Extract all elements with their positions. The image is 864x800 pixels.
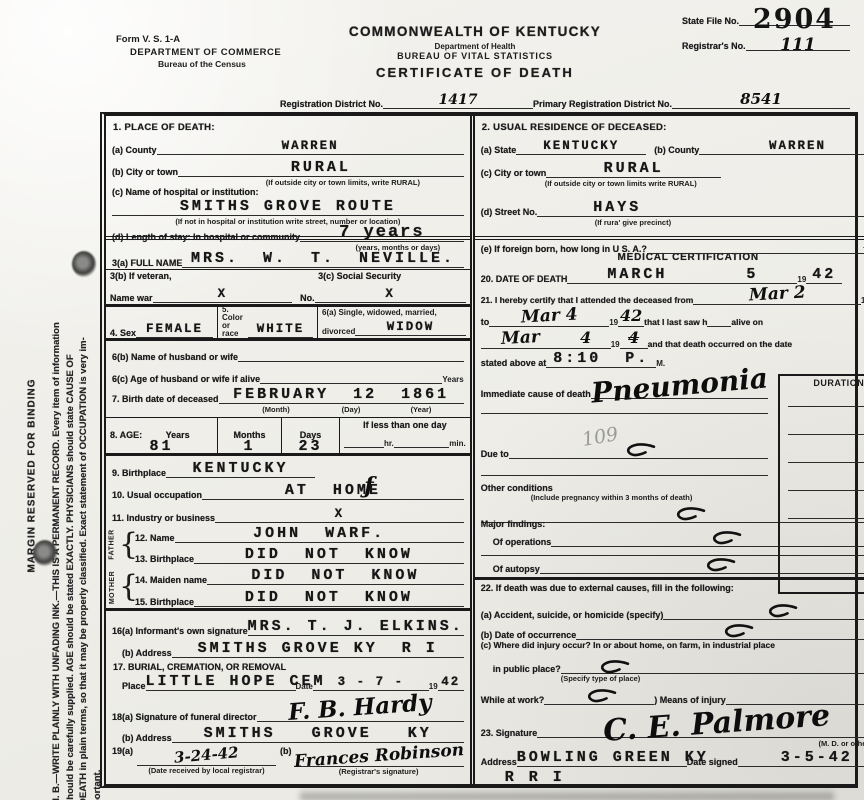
- occupation-row: 10. Usual occupation AT HOMEƒ: [106, 479, 470, 501]
- burial-year-value: 42: [441, 675, 460, 689]
- margin-note-line: should be carefully supplied. AGE should…: [64, 35, 78, 800]
- birth-date-value: FEBRUARY 12 1861: [233, 386, 449, 403]
- age-row: 8. AGE: Years 81 Months 1 Days 23 If les…: [106, 417, 470, 456]
- veteran-value: X: [218, 287, 228, 301]
- margin-note-line: N. B.—WRITE PLAINLY WITH UNFADING INK.—T…: [50, 35, 64, 800]
- right-column: 2. USUAL RESIDENCE OF DECEASED: (a) Stat…: [475, 116, 864, 784]
- left-column: 1. PLACE OF DEATH: (a) County WARREN (b)…: [106, 116, 475, 784]
- color-label: 5. Color or race: [222, 306, 248, 338]
- funeral-address-row: (b) Address SMITHS GROVE KY: [106, 723, 470, 744]
- registrar-row-label-b: (b): [280, 746, 292, 756]
- hospital-value: SMITHS GROVE ROUTE: [180, 198, 396, 215]
- residence-city-value: RURAL: [604, 160, 664, 177]
- industry-value: X: [335, 507, 345, 521]
- reg-district-label: Registration District No.: [280, 99, 383, 109]
- industry-label: 11. Industry or business: [112, 513, 215, 523]
- father-name-row: 12. Name JOHN WARF.: [129, 524, 470, 544]
- father-birthplace-value: DID NOT KNOW: [245, 546, 413, 563]
- informant-value: MRS. T. J. ELKINS.: [248, 618, 464, 635]
- margin-note-line: DEATH in plain terms, so that it may be …: [77, 35, 91, 800]
- certificate-body: 1. PLACE OF DEATH: (a) County WARREN (b)…: [100, 112, 858, 788]
- father-brace: {: [119, 524, 129, 566]
- veteran-ssn-row: 3(b) If veteran, Name war X 3(c) Social …: [106, 269, 470, 308]
- immediate-cause-label: Immediate cause of death: [481, 389, 591, 399]
- mother-birthplace-row: 15. Birthplace DID NOT KNOW: [129, 588, 470, 608]
- duration-label: DURATION: [788, 378, 864, 388]
- certificate-header: Form V. S. 1-A DEPARTMENT OF COMMERCE Bu…: [100, 0, 860, 112]
- duration-box: DURATION: [778, 374, 864, 594]
- certificate-title: CERTIFICATE OF DEATH: [330, 65, 620, 80]
- margin-binding-text: MARGIN RESERVED FOR BINDING: [27, 326, 38, 626]
- certify-lastsaw-label: that I last saw h: [644, 317, 707, 327]
- marital-label2: divorced: [322, 327, 355, 336]
- funeral-director-label: 18(a) Signature of funeral director: [112, 712, 257, 722]
- certify-line3: Mar 4 19 4 and that death occurred on th…: [475, 328, 864, 350]
- father-name-value: JOHN WARF.: [253, 525, 385, 542]
- marital-label: 6(a) Single, widowed, married,: [322, 308, 466, 317]
- certify-aliveon-label: alive on: [731, 317, 763, 327]
- birthplace-value: KENTUCKY: [192, 460, 288, 477]
- city-hint: (If outside city or town limits, write R…: [106, 178, 470, 187]
- form-number: Form V. S. 1-A: [116, 34, 180, 45]
- certify-line1: 21. I hereby certify that I attended the…: [475, 285, 864, 306]
- date-of-death-month: MARCH: [607, 266, 667, 283]
- state-file-value: 2904: [753, 4, 836, 35]
- physician-address-label: Address: [481, 757, 517, 767]
- veteran-namewar-label: Name war: [110, 293, 153, 303]
- mother-section: MOTHER { 14. Maiden name DID NOT KNOW 15…: [106, 566, 470, 611]
- mother-birthplace-label: 15. Birthplace: [135, 597, 194, 607]
- funeral-address-label: (b) Address: [122, 733, 172, 743]
- physician-rr-row: R R I: [475, 768, 864, 784]
- physician-signature-label: 23. Signature: [481, 728, 538, 738]
- residence-county-label: (b) County: [654, 145, 699, 155]
- place-of-death-section: 1. PLACE OF DEATH: (a) County WARREN (b)…: [106, 116, 470, 240]
- residence-county-value: WARREN: [769, 139, 826, 153]
- operations-label: Of operations: [481, 537, 552, 547]
- father-section: FATHER { 12. Name JOHN WARF. 13. Birthpl…: [106, 524, 470, 566]
- residence-title: 2. USUAL RESIDENCE OF DECEASED:: [475, 120, 864, 136]
- last-year-prefix: 19: [611, 340, 620, 349]
- scan-smudge: [300, 788, 834, 800]
- last-seen-day: 4: [580, 328, 591, 347]
- handwritten-check-mark: [715, 624, 757, 639]
- residence-street-hint: (If rura' give precinct): [475, 218, 864, 227]
- informant-address-label: (b) Address: [122, 648, 172, 658]
- handwritten-check-mark: [759, 604, 801, 619]
- spouse-age-label: 6(c) Age of husband or wife if alive: [112, 374, 260, 384]
- residence-city-label: (c) City or town: [481, 168, 547, 178]
- ssn-label: 3(c) Social Security: [300, 271, 466, 281]
- residence-street-label: (d) Street No.: [481, 207, 538, 217]
- attended-from-date: Mar 2: [748, 283, 806, 306]
- other-conditions-label: Other conditions: [481, 483, 553, 493]
- date-of-death-label: 20. DATE OF DEATH: [481, 274, 568, 284]
- county-value: WARREN: [282, 139, 339, 153]
- department-of-commerce: DEPARTMENT OF COMMERCE: [130, 47, 281, 58]
- date-received-value: 3-24-42: [174, 743, 240, 767]
- hospital-label: (c) Name of hospital or institution:: [112, 187, 259, 197]
- state-file-label: State File No.: [682, 16, 739, 26]
- age-years-value: 81: [110, 440, 213, 453]
- physician-rr-value: R R I: [505, 769, 565, 786]
- birth-day-hint: (Day): [316, 405, 386, 414]
- stated-above-label: stated above at: [481, 358, 547, 368]
- external-causes-section: 22. If death was due to external causes,…: [475, 580, 864, 705]
- veteran-label: 3(b) If veteran,: [110, 271, 292, 281]
- to-year-prefix: 19: [609, 318, 618, 327]
- bureau-of-census: Bureau of the Census: [158, 59, 246, 69]
- informant-row: 16(a) Informant's own signature MRS. T. …: [106, 611, 470, 637]
- scanned-death-certificate: MARGIN RESERVED FOR BINDING N. B.—WRITE …: [0, 0, 864, 800]
- informant-address-value: SMITHS GROVE KY R I: [198, 640, 438, 657]
- primary-district-label: Primary Registration District No.: [533, 99, 672, 109]
- marital-value: WIDOW: [387, 320, 435, 334]
- age-hr-label: hr.: [384, 439, 394, 448]
- color-value: WHITE: [257, 322, 305, 336]
- bureau-vital-statistics: BUREAU OF VITAL STATISTICS: [330, 51, 620, 61]
- header-center: COMMONWEALTH OF KENTUCKY Department of H…: [330, 24, 620, 80]
- handwritten-check-mark: [697, 558, 739, 573]
- birth-date-row: 7. Birth date of deceased FEBRUARY 12 18…: [106, 385, 470, 417]
- mother-side-label: MOTHER: [109, 570, 116, 603]
- last-year-value: 4: [628, 328, 639, 347]
- age-min-label: min.: [449, 439, 465, 448]
- external-c-hint: (Specify type of place): [481, 674, 864, 683]
- industry-row: 11. Industry or business X: [106, 501, 470, 524]
- informant-label: 16(a) Informant's own signature: [112, 626, 248, 636]
- attended-to-date: Mar 4: [520, 305, 578, 328]
- margin-note-block: N. B.—WRITE PLAINLY WITH UNFADING INK.—T…: [50, 35, 106, 800]
- sex-color-marital-row: 4. Sex FEMALE 5. Color or race WHITE 6(a…: [106, 307, 470, 341]
- date-received-hint: (Date received by local registrar): [137, 766, 276, 775]
- spouse-name-row: 6(b) Name of husband or wife: [106, 341, 470, 363]
- commonwealth-title: COMMONWEALTH OF KENTUCKY: [330, 24, 620, 39]
- full-name-value: MRS. W. T. NEVILLE.: [191, 250, 455, 267]
- mother-maiden-row: 14. Maiden name DID NOT KNOW: [129, 566, 470, 586]
- mother-maiden-value: DID NOT KNOW: [251, 567, 419, 584]
- stay-value: 7 years: [339, 223, 424, 242]
- county-label: (a) County: [112, 145, 157, 155]
- punch-hole-icon: [72, 251, 96, 277]
- sex-label: 4. Sex: [110, 328, 136, 338]
- last-seen-month: Mar: [501, 327, 541, 349]
- city-value: RURAL: [291, 159, 351, 176]
- birthplace-label: 9. Birthplace: [112, 468, 166, 478]
- burial-date-value: 3 - 7 -: [338, 675, 405, 689]
- registrar-no-label: Registrar's No.: [682, 41, 746, 51]
- burial-place-value: LITTLE HOPE CEM: [146, 673, 326, 690]
- physician-address-value: BOWLING GREEN KY: [517, 749, 709, 766]
- residence-street-value: HAYS: [593, 199, 641, 216]
- age-days-value: 23: [286, 440, 335, 453]
- registrar-row-label-a: 19(a): [112, 746, 133, 756]
- handwritten-check-mark: [591, 660, 633, 675]
- registrar-no-value: 111: [780, 35, 816, 55]
- father-birthplace-label: 13. Birthplace: [135, 554, 194, 564]
- due-to-label: Due to: [481, 449, 509, 459]
- residence-state-label: (a) State: [481, 145, 517, 155]
- age-label: 8. AGE:: [110, 430, 142, 440]
- full-name-row: 3(a) FULL NAME MRS. W. T. NEVILLE.: [106, 240, 470, 269]
- age-months-value: 1: [222, 440, 277, 453]
- certify-label: 21. I hereby certify that I attended the…: [481, 295, 694, 305]
- reg-district-value: 1417: [439, 92, 478, 108]
- date-signed-value: 3-5-42: [781, 749, 853, 766]
- punch-hole-icon: [33, 540, 57, 566]
- physician-address-row: Address BOWLING GREEN KY Date signed 3-5…: [475, 748, 864, 768]
- birthplace-row: 9. Birthplace KENTUCKY: [106, 456, 470, 479]
- ssn-value: X: [385, 287, 395, 301]
- certify-occurred-label: and that death occurred on the date: [648, 339, 793, 349]
- funeral-address-value: SMITHS GROVE KY: [204, 725, 432, 742]
- primary-district-value: 8541: [740, 90, 782, 108]
- external-b-label: (b) Date of occurrence: [481, 630, 577, 640]
- funeral-director-row: 18(a) Signature of funeral director F. B…: [106, 696, 470, 723]
- residence-city-hint: (If outside city or town limits write RU…: [475, 179, 864, 188]
- handwritten-check-mark: [703, 531, 745, 546]
- physician-signature-row: 23. Signature C. E. Palmore: [475, 705, 864, 739]
- residence-state-value: KENTUCKY: [543, 139, 619, 153]
- immediate-cause-value: Pneumonia: [590, 362, 769, 410]
- father-side-label: FATHER: [109, 530, 116, 560]
- date-of-death-year: 42: [812, 266, 836, 283]
- date-of-death-day: 5: [746, 266, 758, 283]
- birth-date-label: 7. Birth date of deceased: [112, 394, 219, 404]
- certify-line2: to Mar 4 19 42 that I last saw h alive o…: [475, 306, 864, 328]
- sex-value: FEMALE: [146, 322, 203, 336]
- city-label: (b) City or town: [112, 167, 178, 177]
- burial-place-label: Place: [112, 681, 146, 691]
- while-at-work-label: While at work?: [481, 695, 545, 705]
- file-number-box: State File No. 2904 Registrar's No. 111: [682, 10, 850, 60]
- birth-month-hint: (Month): [236, 405, 316, 414]
- external-c-label: (c) Where did injury occur? In or about …: [481, 640, 864, 656]
- external-c-label2: in public place?: [481, 664, 561, 674]
- external-a-label: (a) Accident, suicide, or homicide (spec…: [481, 610, 664, 620]
- spouse-age-row: 6(c) Age of husband or wife if alive Yea…: [106, 363, 470, 385]
- mother-brace: {: [119, 566, 129, 608]
- registration-district-line: Registration District No. 1417 Primary R…: [280, 90, 850, 109]
- spouse-name-label: 6(b) Name of husband or wife: [112, 352, 238, 362]
- informant-address-row: (b) Address SMITHS GROVE KY R I: [106, 637, 470, 659]
- place-of-death-title: 1. PLACE OF DEATH:: [106, 120, 470, 136]
- father-birthplace-row: 13. Birthplace DID NOT KNOW: [129, 545, 470, 565]
- autopsy-label: Of autopsy: [481, 564, 540, 574]
- burial-title: 17. BURIAL, CREMATION, OR REMOVAL: [106, 659, 470, 672]
- date-of-death-row: 20. DATE OF DEATH MARCH 5 19 42: [475, 265, 864, 285]
- local-registrar-row: 19(a) 3-24-42 (Date received by local re…: [106, 744, 470, 784]
- age-less-label: If less than one day: [344, 420, 466, 430]
- ssn-no-label: No.: [300, 293, 315, 303]
- birth-year-hint: (Year): [386, 405, 456, 414]
- full-name-label: 3(a) FULL NAME: [112, 258, 182, 268]
- spouse-age-suffix: Years: [442, 375, 463, 384]
- certify-to-label: to: [481, 317, 490, 327]
- occupation-flourish: ƒ: [364, 473, 373, 499]
- to-year-value: 42: [620, 306, 642, 325]
- mother-birthplace-value: DID NOT KNOW: [245, 589, 413, 606]
- mother-maiden-label: 14. Maiden name: [135, 575, 207, 585]
- handwritten-check-mark: [617, 443, 659, 458]
- residence-section: 2. USUAL RESIDENCE OF DECEASED: (a) Stat…: [475, 116, 864, 240]
- funeral-director-signature: F. B. Hardy: [287, 689, 432, 726]
- occupation-label: 10. Usual occupation: [112, 490, 202, 500]
- father-name-label: 12. Name: [135, 533, 175, 543]
- department-of-health: Department of Health: [330, 42, 620, 51]
